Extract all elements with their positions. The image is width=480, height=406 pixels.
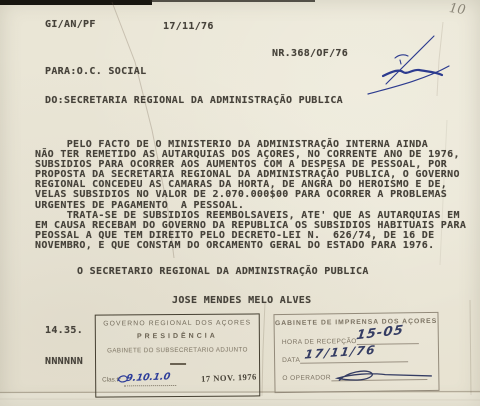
signature-name: JOSE MENDES MELO ALVES [172,295,312,306]
body-text: PELO FACTO DE O MINISTERIO DA ADMINISTRA… [35,140,466,251]
operator-label: O OPERADOR [282,374,331,382]
left-stamp-presidencia: GOVERNO REGIONAL DOS AÇORES PRESIDÊNCIA … [95,313,261,397]
received-date-stamp: 17 NOV. 1976 [201,371,257,383]
reception-date-label: DATA [282,357,300,364]
classification-dotted-line [124,385,176,386]
left-stamp-government-line: GOVERNO REGIONAL DOS AÇORES [96,319,259,327]
classification-handwriting: 9.10.1.0 [125,371,171,384]
document-date: 17/11/76 [163,21,214,32]
scan-artifact-bar [0,0,152,5]
time-code: 14.35. [45,325,83,336]
operator-code: NNNNNN [45,356,83,367]
scanned-telegram-document: GI/AN/PF 17/11/76 NR.368/OF/76 PARA:O.C.… [0,0,480,406]
operator-signature-scribble-icon [327,363,447,387]
recipient-line: PARA:O.C. SOCIAL [45,66,146,77]
left-stamp-divider [170,363,186,365]
right-stamp-imprensa: GABINETE DE IMPRENSA DOS AÇORES HORA DE … [273,312,439,393]
scan-artifact-bar-thin [150,0,315,2]
left-stamp-cabinet-line: GABINETE DO SUBSECRETÁRIO ADJUNTO [96,346,259,354]
page-number-annotation: 10 [448,1,466,18]
right-stamp-title: GABINETE DE IMPRENSA DOS AÇORES [275,318,438,327]
left-stamp-presidency-line: PRESIDÊNCIA [96,332,259,340]
body-line: NOVEMBRO, E QUE CONSTAM DO ORCAMENTO GER… [35,241,466,251]
sender-line: DO:SECRETARIA REGIONAL DA ADMINISTRAÇÃO … [45,95,343,106]
document-number: NR.368/OF/76 [272,48,348,59]
signature-title: O SECRETARIO REGIONAL DA ADMINISTRAÇÃO P… [77,266,369,277]
reference-code: GI/AN/PF [45,19,96,30]
